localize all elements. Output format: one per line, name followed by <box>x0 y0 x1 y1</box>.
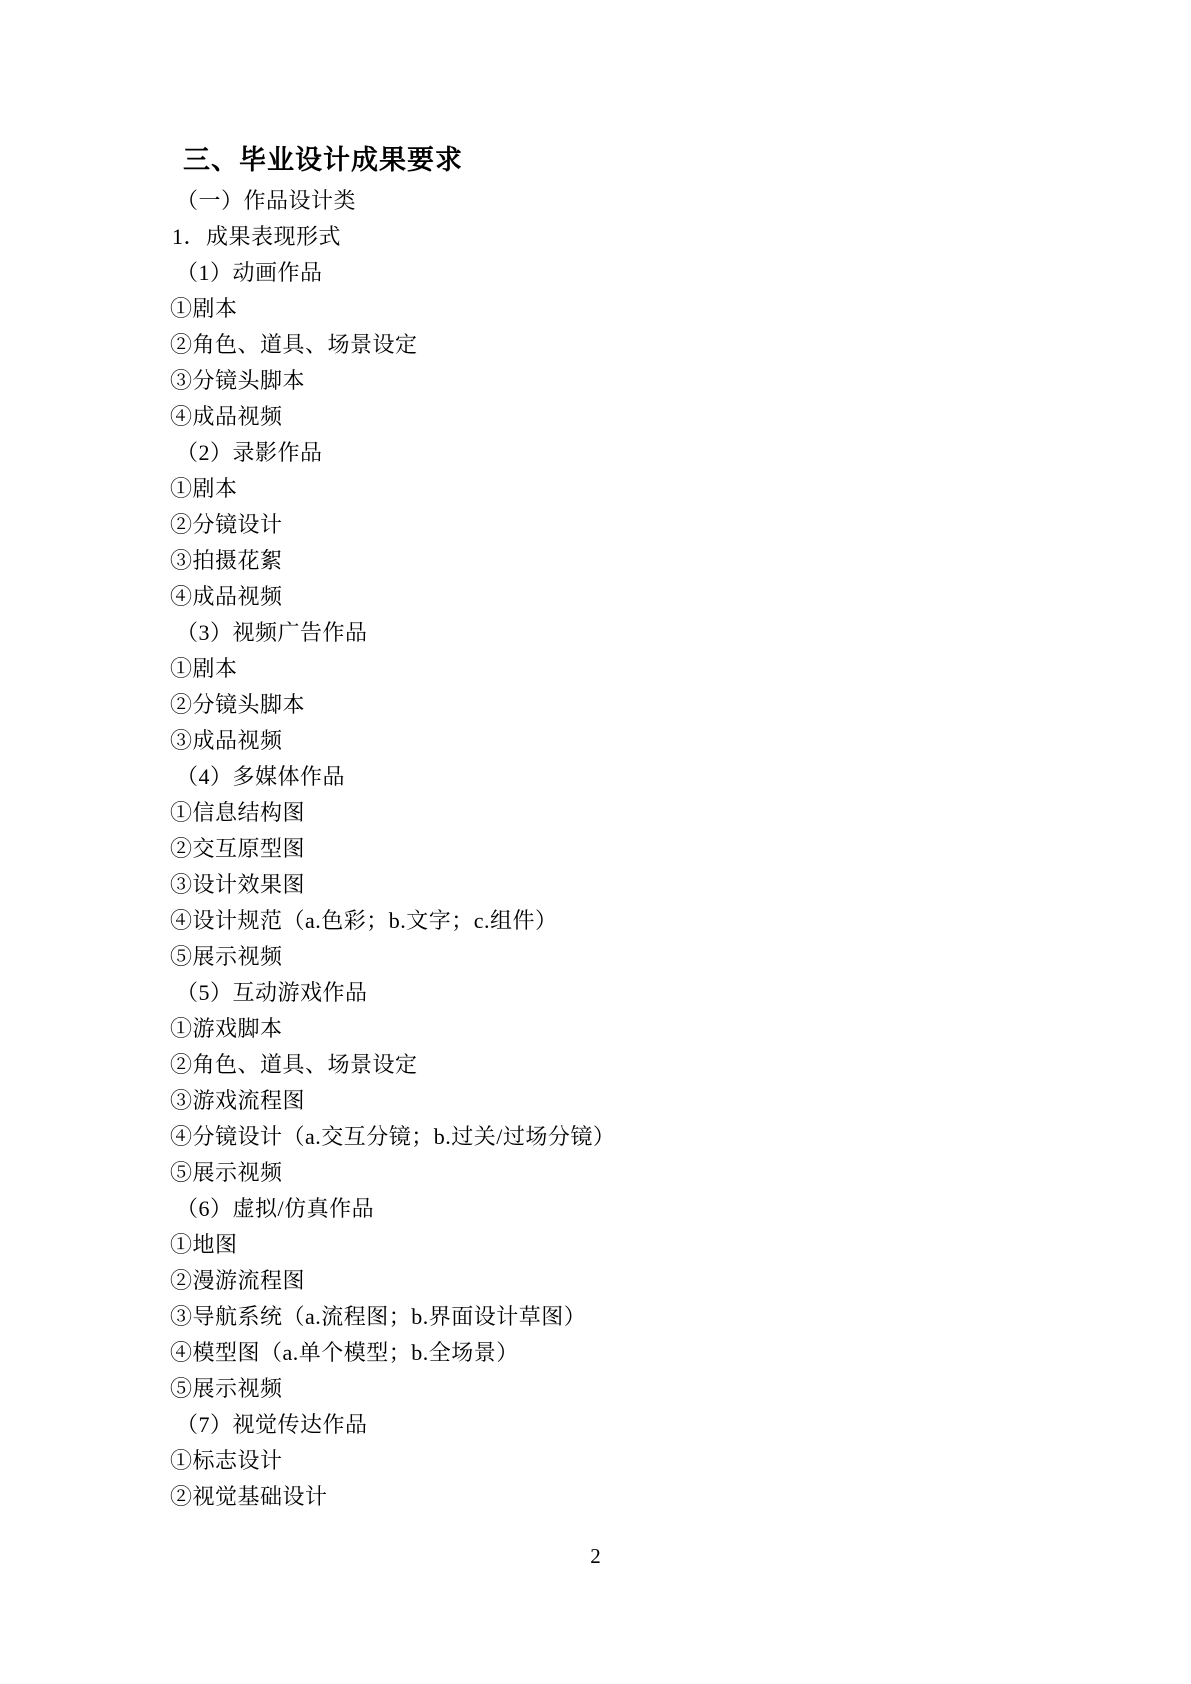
paragraph-line: ②视觉基础设计 <box>170 1479 1050 1515</box>
paragraph-line: （5）互动游戏作品 <box>170 975 1050 1011</box>
paragraph-line: ②角色、道具、场景设定 <box>170 327 1050 363</box>
paragraph-line: ①游戏脚本 <box>170 1011 1050 1047</box>
paragraph-line: ②角色、道具、场景设定 <box>170 1047 1050 1083</box>
paragraph-line: ③设计效果图 <box>170 867 1050 903</box>
paragraph-line: ⑤展示视频 <box>170 1155 1050 1191</box>
document-content: 三、毕业设计成果要求 （一）作品设计类1．成果表现形式（1）动画作品①剧本②角色… <box>170 137 1050 1515</box>
paragraph-line: ①剧本 <box>170 651 1050 687</box>
paragraph-line: ④成品视频 <box>170 579 1050 615</box>
paragraph-line: （1）动画作品 <box>170 255 1050 291</box>
paragraph-line: ④分镜设计（a.交互分镜；b.过关/过场分镜） <box>170 1119 1050 1155</box>
paragraph-line: ④模型图（a.单个模型；b.全场景） <box>170 1335 1050 1371</box>
document-page: 三、毕业设计成果要求 （一）作品设计类1．成果表现形式（1）动画作品①剧本②角色… <box>0 0 1191 1684</box>
paragraph-line: ①地图 <box>170 1227 1050 1263</box>
paragraph-line: ②分镜头脚本 <box>170 687 1050 723</box>
paragraph-line: （3）视频广告作品 <box>170 615 1050 651</box>
paragraph-line: （4）多媒体作品 <box>170 759 1050 795</box>
paragraph-line: （一）作品设计类 <box>170 183 1050 219</box>
paragraph-line: ③分镜头脚本 <box>170 363 1050 399</box>
paragraph-line: ⑤展示视频 <box>170 1371 1050 1407</box>
paragraph-line: ①剧本 <box>170 471 1050 507</box>
paragraph-line: ④成品视频 <box>170 399 1050 435</box>
paragraph-line: ①信息结构图 <box>170 795 1050 831</box>
paragraph-line: ①标志设计 <box>170 1443 1050 1479</box>
paragraph-line: ②分镜设计 <box>170 507 1050 543</box>
paragraph-line: 1．成果表现形式 <box>170 219 1050 255</box>
section-heading: 三、毕业设计成果要求 <box>170 137 1050 183</box>
paragraph-line: ②交互原型图 <box>170 831 1050 867</box>
paragraph-line: ③拍摄花絮 <box>170 543 1050 579</box>
paragraph-line: ③成品视频 <box>170 723 1050 759</box>
paragraph-list: （一）作品设计类1．成果表现形式（1）动画作品①剧本②角色、道具、场景设定③分镜… <box>170 183 1050 1515</box>
paragraph-line: （2）录影作品 <box>170 435 1050 471</box>
page-number: 2 <box>0 1544 1191 1568</box>
paragraph-line: ③游戏流程图 <box>170 1083 1050 1119</box>
paragraph-line: ①剧本 <box>170 291 1050 327</box>
paragraph-line: ③导航系统（a.流程图；b.界面设计草图） <box>170 1299 1050 1335</box>
paragraph-line: ④设计规范（a.色彩；b.文字；c.组件） <box>170 903 1050 939</box>
paragraph-line: ②漫游流程图 <box>170 1263 1050 1299</box>
paragraph-line: ⑤展示视频 <box>170 939 1050 975</box>
paragraph-line: （6）虚拟/仿真作品 <box>170 1191 1050 1227</box>
paragraph-line: （7）视觉传达作品 <box>170 1407 1050 1443</box>
